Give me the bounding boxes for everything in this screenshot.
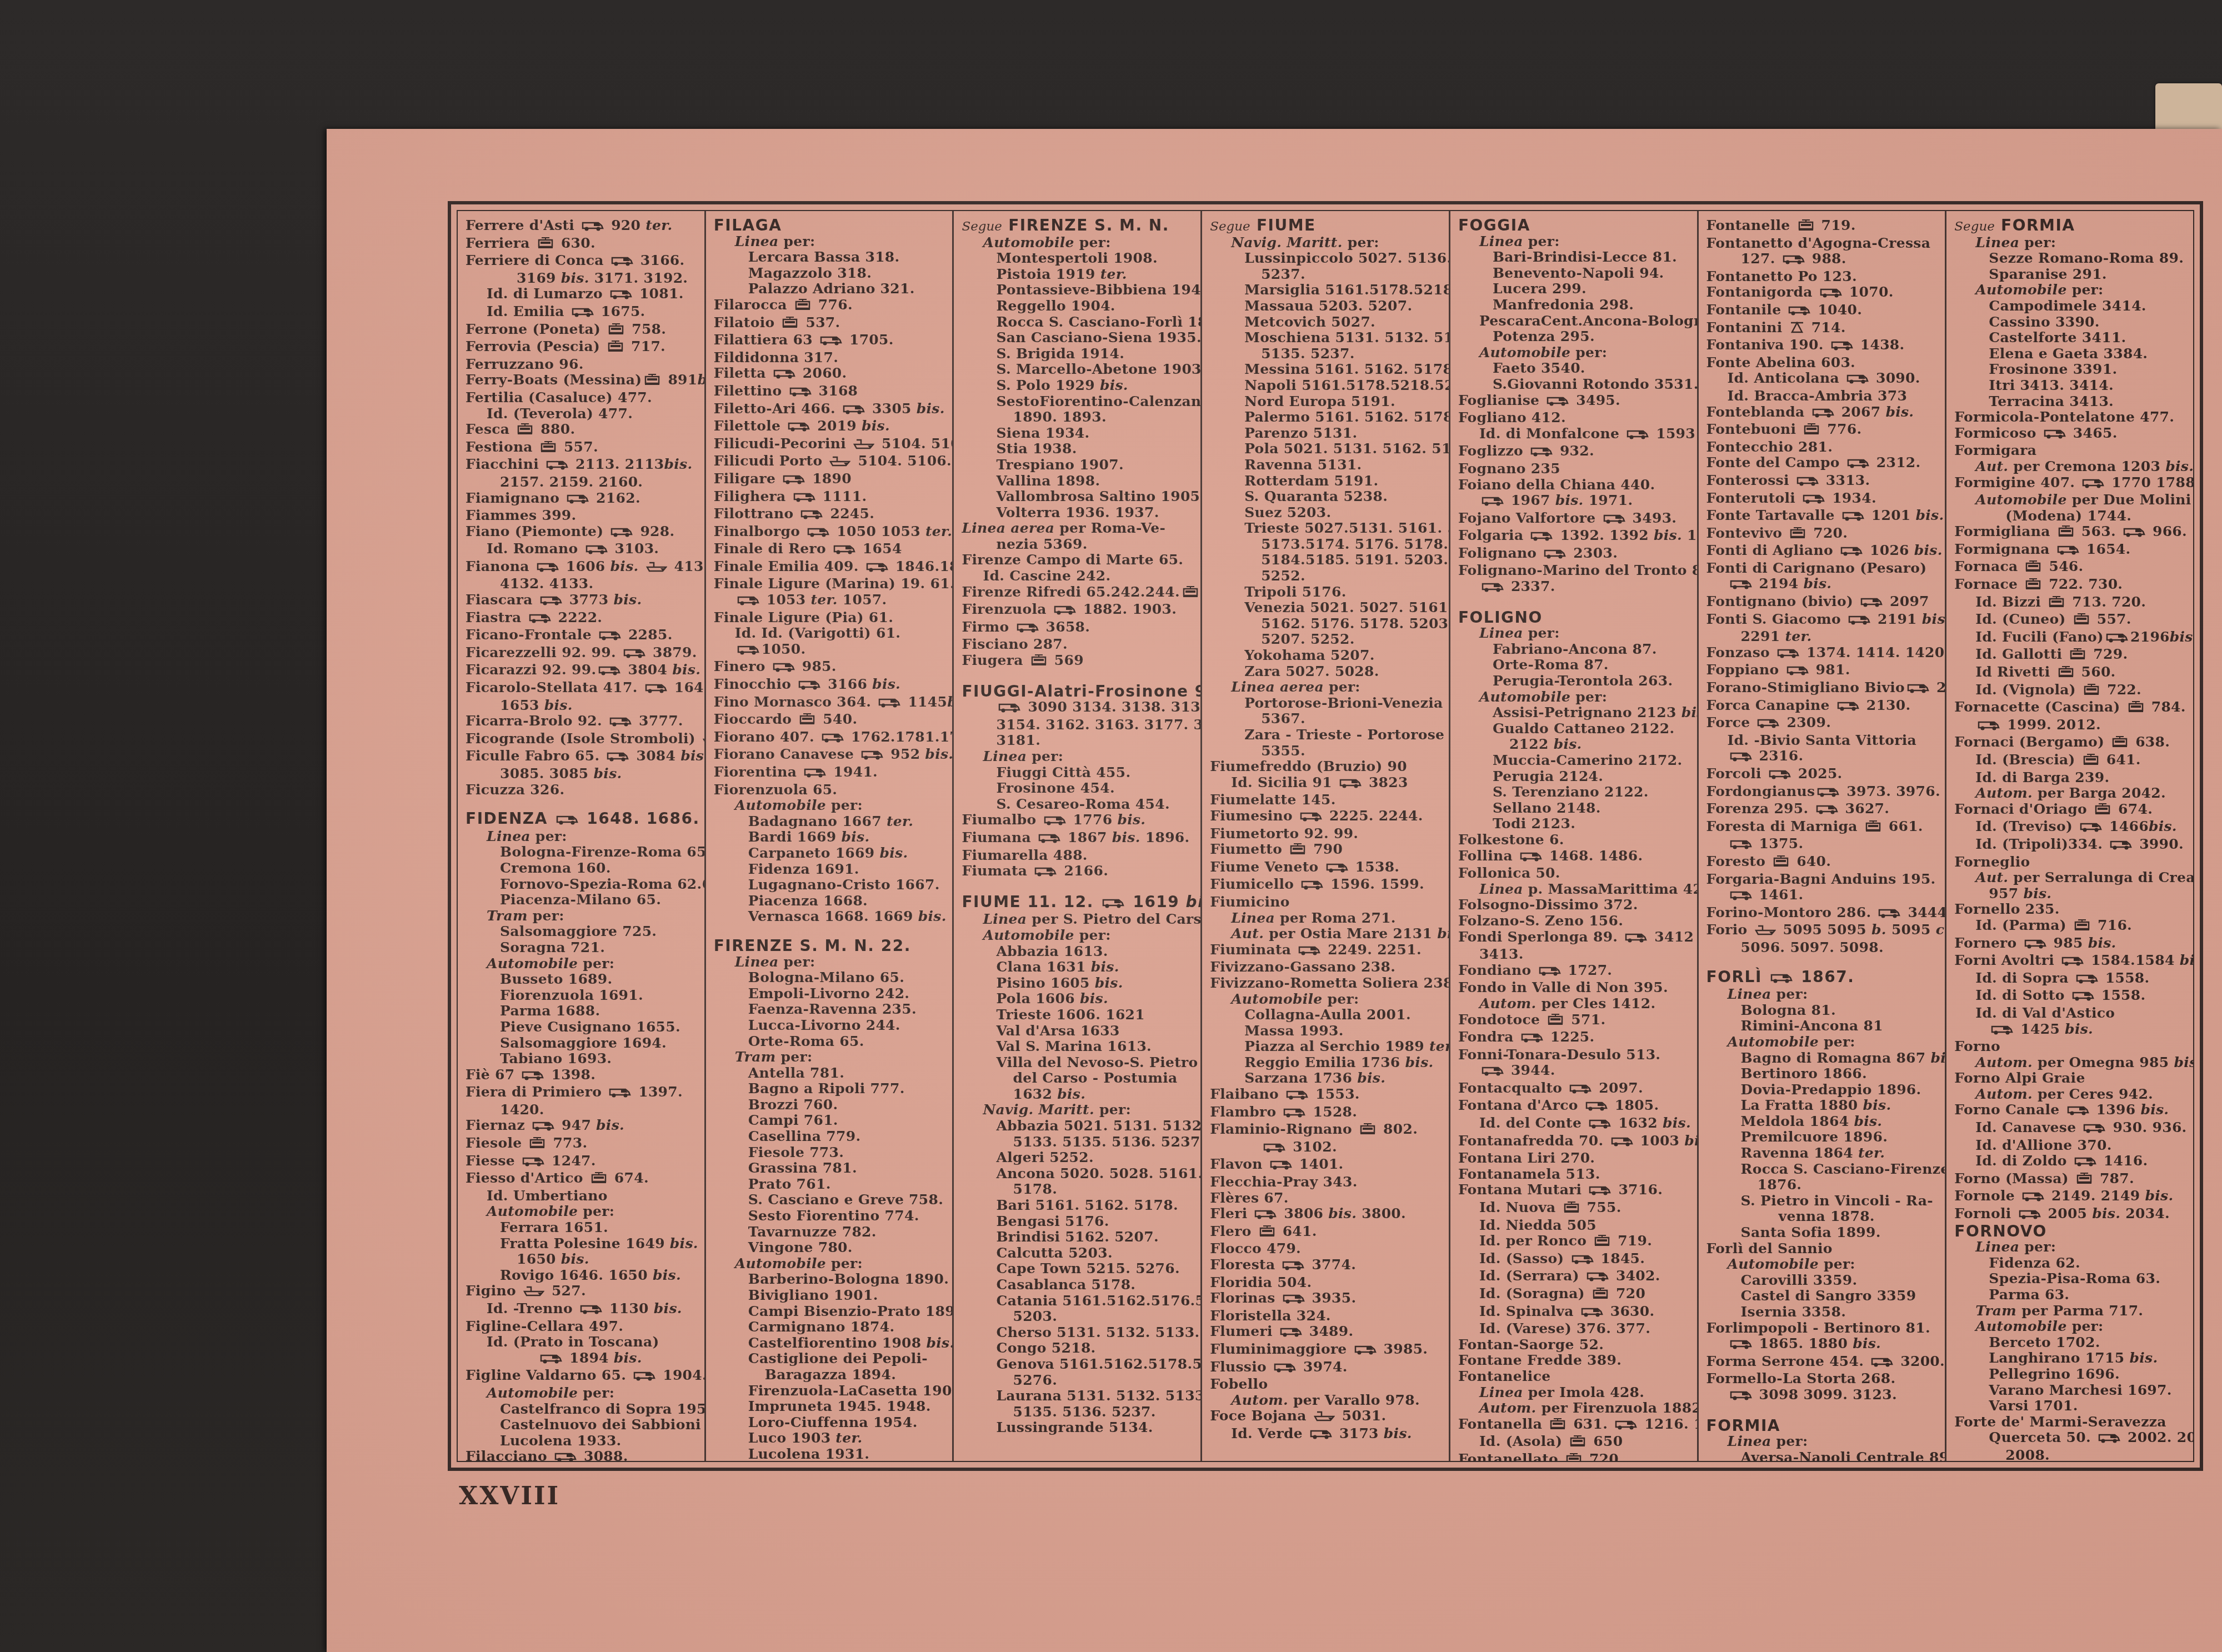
entry-text: Pellegrino 1696. (1989, 1366, 2120, 1382)
automobile-icon (1770, 971, 1793, 987)
index-entry: Autom. per Varallo 978. (1210, 1393, 1443, 1409)
entry-text: Castiglione dei Pepoli- (748, 1350, 928, 1366)
italic-qualifier: bis. (1091, 959, 1119, 975)
index-entry: Ravenna 5131. (1210, 457, 1443, 473)
index-entry: Tram per: (466, 908, 699, 924)
entry-text: 1896. (1140, 829, 1190, 845)
italic-qualifier: ter. (1785, 628, 1811, 644)
automobile-icon (537, 560, 559, 577)
entry-text: Fiascara (466, 592, 538, 608)
index-entry: Linea per: (1458, 234, 1691, 250)
entry-text: Id. (Treviso) (1975, 818, 2078, 834)
entry-text: Clana 1631 (996, 959, 1090, 975)
entry-text: Flecchia-Pray 343. (1210, 1174, 1358, 1190)
entry-text: 1654 (858, 540, 902, 557)
automobile-icon (522, 1069, 544, 1085)
entry-text: per: (531, 828, 567, 844)
index-entry: Autom. per Omegna 985 bis. (1954, 1055, 2188, 1071)
entry-text: 5031. (1337, 1408, 1387, 1424)
entry-text: Potenza 295. (1493, 328, 1595, 344)
italic-qualifier: bis. (2129, 1350, 2158, 1366)
index-entry: Piazza al Serchio 1989 ter. (1210, 1039, 1443, 1055)
entry-text: Fontanella (1458, 1416, 1547, 1432)
entry-text: Campi Bisenzio-Prato 1897. (748, 1303, 954, 1319)
automobile-icon (580, 1303, 602, 1319)
entry-text: 1845. (1596, 1250, 1645, 1266)
index-entry: Id. d'Allione 370. (1954, 1138, 2188, 1154)
entry-text: Frosinone 3391. (1989, 361, 2117, 377)
entry-text: 3098 3099. 3123. (1754, 1386, 1897, 1403)
automobile-icon (609, 1086, 631, 1102)
entry-text: Reggio Emilia 1736 (1244, 1054, 1405, 1070)
automobile-icon (1757, 717, 1779, 733)
italic-qualifier: bis. (1885, 404, 1914, 420)
entry-text: 947 (557, 1117, 596, 1133)
index-entry: Fivizzano-Gassano 238. (1210, 959, 1443, 975)
index-entry: 2194 bis. (1706, 576, 1940, 594)
entry-text: 2249. 2251. (1323, 942, 1422, 958)
entry-text: Id. di Val d'Astico (1975, 1005, 2115, 1021)
automobile-icon (2061, 954, 2084, 970)
index-entry: Ancona 5020. 5028. 5161. (962, 1166, 1195, 1182)
index-entry: Fontaniva 190. 1438. (1706, 337, 1940, 355)
entry-text: Fornero (1954, 935, 2021, 951)
index-entry: Forlimpopoli - Bertinoro 81. (1706, 1320, 1940, 1336)
index-entry: Linea p. MassaMarittima 42 (1458, 882, 1691, 898)
index-entry: Fiorenzuola 65. (714, 782, 947, 798)
index-entry: Fornole 2149. 2149 bis. (1954, 1188, 2188, 1206)
entry-text: 920 (606, 217, 645, 233)
entry-text: per: (826, 797, 863, 813)
italic-qualifier: Automobile (1975, 1318, 2066, 1334)
index-entry: Fonteblanda 2067 bis. (1706, 404, 1940, 422)
entry-text: Luco 1903 (748, 1430, 836, 1446)
index-entry: Sezze Romano-Roma 89. (1954, 251, 2188, 267)
entry-text: Forlì del Sannio (1706, 1240, 1833, 1256)
entry-text: Follonica 50. (1458, 865, 1560, 881)
entry-text: Id. (Serrara) (1479, 1268, 1584, 1284)
entry-text: Carovilli 3359. (1741, 1272, 1858, 1288)
automobile-icon (1991, 1023, 2013, 1039)
entry-text: 1397. (633, 1084, 683, 1100)
index-entry: Id. (Cuneo) 557. (1954, 612, 2188, 629)
entry-text: Id. di Zoldo (1975, 1153, 2071, 1169)
entry-text: Vallina 1898. (996, 473, 1100, 489)
entry-text: Formicoso (1954, 425, 2041, 441)
index-entry: Fonti S. Giacomo 2191 bis. (1706, 612, 1940, 629)
entry-text: Aversa-Napoli Centrale 89 (1741, 1449, 1947, 1461)
index-entry: Navig. Maritt. per: (962, 1102, 1195, 1118)
entry-text: 713. 720. (2067, 594, 2146, 610)
entry-text: per: (1074, 927, 1111, 943)
entry-text: Id. Umbertiano (487, 1188, 608, 1204)
tram-icon (1030, 654, 1047, 670)
section-heading: FOGGIA (1458, 218, 1691, 234)
entry-text: 5095 (1886, 922, 1936, 938)
index-entry: Filetta 2060. (714, 366, 947, 383)
entry-text: 3402. (1611, 1268, 1660, 1284)
entry-text: 5173.5174. 5176. 5178. 5183. (1261, 536, 1450, 552)
entry-text: S. Marcello-Abetone 1903. (996, 361, 1202, 377)
entry-text: Fontanamela 513. (1458, 1166, 1600, 1182)
index-entry: 1894 bis. (466, 1350, 699, 1368)
entry-text: 2312. (1871, 454, 1921, 470)
index-entry: Fiumefreddo (Bruzio) 90 (1210, 759, 1443, 775)
entry-text: Fontanigorda (1706, 284, 1818, 300)
entry-text: 3804 (623, 662, 672, 678)
italic-qualifier: bis. (2165, 458, 2193, 474)
entry-text: Filetta (714, 365, 771, 381)
entry-text: Fiesole 773. (748, 1144, 844, 1160)
index-entry: Fiano (Piemonte) 928. (466, 524, 699, 542)
entry-text: 3313. (1821, 472, 1870, 488)
entry-text: Foglianise (1458, 392, 1544, 408)
entry-text: Fobello (1210, 1376, 1268, 1392)
index-entry: Foresta di Marniga 661. (1706, 819, 1940, 837)
entry-text: 2162. (591, 490, 640, 506)
index-entry: Antella 781. (714, 1065, 947, 1082)
index-entry: Campi 761. (714, 1113, 947, 1129)
index-entry: Finale Ligure (Marina) 19. 61. (714, 576, 947, 592)
index-entry: Fontecchio 281. (1706, 439, 1940, 455)
entry-text: Cremona 160. (500, 860, 611, 876)
italic-qualifier: Linea (1728, 1433, 1771, 1449)
entry-text: Sesto Fiorentino 774. (748, 1208, 919, 1224)
italic-qualifier: bis. (947, 694, 954, 710)
entry-text: Fabriano-Ancona 87. (1493, 641, 1657, 657)
entry-text: Filighera (714, 488, 791, 504)
automobile-icon (540, 1352, 562, 1368)
italic-qualifier: bis. (2088, 935, 2116, 951)
index-entry: Fiera di Primiero 1397. (466, 1084, 699, 1102)
index-entry: Casablanca 5178. (962, 1277, 1195, 1293)
index-entry: Parma 1688. (466, 1003, 699, 1019)
entry-text: Folignano-Marino del Tronto 85. (1458, 562, 1699, 578)
index-entry: Casellina 779. (714, 1129, 947, 1145)
index-entry: 5133. 5135. 5136. 5237. (962, 1134, 1195, 1150)
italic-qualifier: bis. (1931, 1050, 1947, 1066)
automobile-icon (1603, 512, 1625, 528)
index-entry: Carmignano 1874. (714, 1319, 947, 1335)
entry-text: Fesca (466, 421, 514, 437)
entry-text: 1867 (1063, 829, 1112, 845)
index-entry: S.Giovanni Rotondo 3531. 3532 (1458, 377, 1691, 393)
italic-qualifier: bis. (841, 829, 869, 845)
entry-text: Flaibano (1210, 1086, 1284, 1102)
automobile-icon (878, 696, 900, 712)
automobile-icon (1102, 896, 1124, 912)
index-entry: Fiorano Canavese 952 bis. (714, 747, 947, 764)
index-entry: Fiastra 2222. (466, 610, 699, 628)
index-entry: Fiumicello 1596. 1599. (1210, 877, 1443, 894)
tram-icon (1789, 527, 1806, 543)
entry-text: 1393. (1682, 527, 1699, 543)
entry-text: 4131. (669, 558, 706, 574)
entry-text: Forenza 295. (1706, 800, 1814, 817)
index-entry: Id. di Zoldo 1416. (1954, 1153, 2188, 1171)
timetable-index-page: Ferrere d'Asti 920 ter.Ferriera 630.Ferr… (327, 129, 2222, 1652)
index-entry: Fiorentina 1941. (714, 764, 947, 782)
entry-text: 5178. (1013, 1181, 1057, 1197)
index-entry: Collagna-Aulla 2001. (1210, 1007, 1443, 1023)
entry-text: Volterra 1936. 1937. (996, 504, 1159, 520)
italic-qualifier: bis. (2092, 1205, 2120, 1222)
entry-text: 1003 (1635, 1133, 1685, 1149)
entry-text: per: (1771, 986, 1808, 1002)
automobile-icon (1298, 944, 1320, 960)
automobile-icon (1730, 750, 1752, 766)
entry-text: 1438. (1855, 337, 1905, 353)
index-entry: Fontana Liri 270. (1458, 1150, 1691, 1167)
entry-text: Forni Avoltri (1954, 952, 2059, 968)
entry-text: Fonni-Tonara-Desulo 513. (1458, 1047, 1660, 1063)
entry-text: 1876. (1758, 1177, 1802, 1193)
index-entry: Id. Verde 3173 bis. (1210, 1426, 1443, 1444)
entry-text: Floridia 504. (1210, 1274, 1312, 1290)
index-entry: Flocco 479. (1210, 1241, 1443, 1257)
entry-text: Fivizzano-Gassano 238. (1210, 959, 1395, 975)
index-entry: Laurana 5131. 5132. 5133. (962, 1388, 1195, 1404)
index-entry: 2122 bis. (1458, 737, 1691, 753)
entry-text: Foiano della Chiana 440. (1458, 477, 1655, 493)
entry-text: 631. (1568, 1416, 1613, 1432)
italic-qualifier: bis. (1854, 1113, 1882, 1129)
entry-text: Ficarra-Brolo 92. (466, 713, 607, 729)
index-entry: Clana 1631 bis. (962, 959, 1195, 975)
entry-text: 3806 (1279, 1205, 1328, 1222)
index-entry: Langhirano 1715 bis. (1954, 1350, 2188, 1366)
tram-icon (2094, 803, 2111, 819)
index-entry: Id. per Ronco 719. (1458, 1233, 1691, 1251)
index-entry: Linea per: (1954, 235, 2188, 251)
index-entry: 1375. (1706, 836, 1940, 854)
entry-text: Foresto (1706, 853, 1771, 869)
index-entry: Foglianise 3495. (1458, 393, 1691, 411)
entry-text: Flaminio-Rignano (1210, 1121, 1357, 1137)
entry-text: 928. (635, 523, 674, 539)
entry-text: Trieste 5027.5131. 5161. 5162 (1244, 520, 1450, 536)
entry-text: Fiano (Piemonte) (466, 523, 608, 539)
continued-label: Segue (962, 219, 1002, 234)
entry-text: Fiorano 407. (714, 729, 819, 745)
index-entry: Flères 67. (1210, 1190, 1443, 1207)
automobile-icon (2106, 631, 2128, 647)
entry-text: 3879. (700, 662, 706, 678)
entry-text: 5095 5095 (1778, 922, 1872, 938)
index-entry: Fobello (1210, 1376, 1443, 1393)
entry-text: 2119. (1931, 679, 1946, 695)
entry-text: 537. (800, 314, 840, 331)
italic-qualifier: bis. (1922, 611, 1946, 627)
index-entry: Fonterossi 3313. (1706, 473, 1940, 490)
entry-text: Carmignano 1874. (748, 1319, 895, 1335)
entry-text: 661. (1884, 818, 1923, 834)
tram-icon (2083, 684, 2100, 700)
entry-text: FIRENZE S. M. N. 22. (714, 937, 911, 955)
index-entry: Calcutta 5203. (962, 1245, 1195, 1261)
index-entry: Aut. per Serralunga di Crea (1954, 870, 2188, 886)
index-entry: Sarzana 1736 bis. (1210, 1070, 1443, 1087)
index-entry: nezia 5369. (962, 537, 1195, 553)
index-entry: Id. Anticolana 3090. (1706, 371, 1940, 388)
entry-text: Fratta Polesine 1649 (500, 1235, 670, 1251)
entry-text: 2113. 2113 (570, 456, 664, 472)
entry-text: 3465. (2068, 425, 2118, 441)
entry-text: 3166. (635, 252, 685, 268)
italic-qualifier: Automobile (1479, 689, 1570, 705)
index-entry: Tabiano 1693. (466, 1051, 699, 1067)
index-entry: Automobile per: (1210, 992, 1443, 1008)
entry-text: 2303. (1568, 545, 1618, 561)
index-entry: Todi 2123. (1458, 816, 1691, 832)
entry-text: Sparanise 291. (1989, 266, 2107, 282)
index-entry: Filighera 1111. (714, 489, 947, 507)
index-entry: Filettole 2019 bis. (714, 418, 947, 436)
index-entry: Fornello 235. (1954, 902, 2188, 918)
index-entry: Zara 5027. 5028. (1210, 664, 1443, 680)
entry-text: Force (1706, 714, 1755, 730)
entry-text: Fontanetto d'Agogna-Cressa (1706, 235, 1931, 251)
entry-text: Fontebuoni (1706, 421, 1801, 437)
index-entry: Catania 5161.5162.5176.5178. (962, 1293, 1195, 1309)
index-entry: Follonica 50. (1458, 865, 1691, 882)
index-entry: Id. (Teverola) 477. (466, 406, 699, 422)
entry-text: 1050. (762, 641, 806, 657)
entry-text: Fiuggi Città 455. (996, 764, 1130, 780)
italic-qualifier: bis. (1405, 1054, 1434, 1070)
index-entry: Fiumetorto 92. 99. (1210, 826, 1443, 842)
automobile-icon (789, 385, 812, 401)
automobile-icon (1581, 1305, 1603, 1321)
entry-text: 5203. (1013, 1308, 1057, 1324)
index-entry: Fratta Polesine 1649 bis. (466, 1236, 699, 1252)
tram-icon (2111, 736, 2128, 752)
automobile-icon (1572, 1253, 1594, 1269)
entry-text: Pistoia 1919 (996, 266, 1100, 282)
index-entry: S. Terenziano 2122. (1458, 784, 1691, 800)
index-entry: Fiumicino (1210, 894, 1443, 910)
section-heading: FORLÌ 1867. (1706, 969, 1940, 987)
index-entry: Ficarazzi 92. 99. 3804 bis. 3879. (466, 662, 699, 680)
entry-text: Fiumefreddo (Bruzio) 90 (1210, 758, 1407, 774)
index-entry: Orte-Roma 65. (714, 1034, 947, 1050)
entry-text: 560. (2076, 664, 2116, 680)
index-entry: 5367. (1210, 711, 1443, 727)
index-entry: Montespertoli 1908. (962, 251, 1195, 267)
index-entry: Automobile per Due Molini (1954, 492, 2188, 508)
entry-text: 2194 (1754, 575, 1804, 592)
automobile-icon (1539, 964, 1561, 980)
entry-text: 719. (1613, 1233, 1652, 1249)
entry-text: Id. -Bivio Santa Vittoria (1728, 732, 1916, 748)
entry-text: Pontassieve-Bibbiena 1942. (996, 282, 1202, 298)
entry-text: 1040. (1813, 302, 1862, 318)
index-entry: Formignana 1654. (1954, 542, 2188, 559)
index-entry: Fidenza 1691. (714, 862, 947, 878)
automobile-icon (1730, 838, 1752, 854)
index-entry: Pieve Cusignano 1655. (466, 1019, 699, 1035)
index-entry: Villa del Nevoso-S. Pietro (962, 1055, 1195, 1071)
entry-text: 5135. 5136. 5237. (1013, 1404, 1155, 1420)
section-heading: Segue FORMIA (1954, 218, 2188, 235)
automobile-icon (737, 643, 759, 659)
automobile-icon (2080, 820, 2102, 837)
entry-text: 3658. (1041, 619, 1090, 635)
entry-text: Siena 1934. (996, 425, 1089, 441)
automobile-icon (998, 701, 1020, 717)
index-entry: Bengasi 5176. (962, 1214, 1195, 1230)
entry-text: 957 (1989, 885, 2023, 902)
entry-text: Castelnuovo dei Sabbioni 1959. (500, 1416, 706, 1433)
entry-text: 5162. 5176. 5178. 5203. (1261, 615, 1450, 632)
entry-text: Fontanetto Po 123. (1706, 268, 1857, 284)
index-entry: Forno (Massa) 787. (1954, 1171, 2188, 1189)
index-entry: PescaraCent.Ancona-Bologna 81 (1458, 313, 1691, 329)
index-entry: 2316. (1706, 748, 1940, 766)
index-entry: Id. di Barga 239. (1954, 770, 2188, 786)
index-entry: Filacciano 3088. (466, 1449, 699, 1461)
automobile-icon (1803, 492, 1825, 508)
index-entry: Ficuzza 326. (466, 782, 699, 798)
automobile-icon (1840, 544, 1863, 560)
index-entry: Id. di Sotto 1558. (1954, 988, 2188, 1005)
entry-text: Fornello 235. (1954, 901, 2059, 917)
index-entry: Floresta 3774. (1210, 1257, 1443, 1275)
entry-text: 1584.1584 (2086, 952, 2180, 968)
entry-text: 1846.1847 (890, 558, 954, 574)
entry-text: Sarzana 1736 (1244, 1070, 1357, 1086)
tram-icon (608, 323, 624, 339)
entry-text: 127. (1741, 251, 1780, 267)
index-entry: Fordongianus 3973. 3976. (1706, 784, 1940, 802)
index-entry: Pistoia 1919 ter. (962, 267, 1195, 283)
entry-text: Finalborgo (714, 523, 805, 539)
italic-qualifier: Automobile (983, 927, 1074, 943)
index-entry: Castelnuovo dei Sabbioni 1959. (466, 1417, 699, 1433)
italic-qualifier: ter. (811, 592, 838, 608)
automobile-icon (1326, 861, 1348, 877)
italic-qualifier: Aut. (1975, 869, 2008, 885)
index-entry: Forano-Stimigliano Bivio 2119. (1706, 680, 1940, 698)
index-entry: Linea per: (1706, 1434, 1940, 1450)
index-entry: Folignano 2303. (1458, 545, 1691, 563)
entry-text: Foresta di Marniga (1706, 818, 1863, 834)
index-entry: 5178. (962, 1182, 1195, 1198)
entry-text: 2309. (1781, 714, 1831, 730)
tram-icon (590, 1172, 607, 1188)
automobile-icon (611, 254, 633, 271)
entry-text: Ficano-Frontale (466, 627, 597, 643)
entry-text: 1770 1788. (2106, 474, 2193, 490)
italic-qualifier: Linea (1479, 881, 1523, 897)
index-entry: Suez 5203. (1210, 505, 1443, 521)
automobile-icon (1274, 1361, 1296, 1377)
tram-icon (1569, 1435, 1586, 1451)
entry-text: Campodimele 3414. (1989, 298, 2146, 314)
index-entry: Bivigliano 1901. (714, 1288, 947, 1304)
italic-qualifier: bis. (1057, 1086, 1085, 1102)
entry-text: Fontignano (bivio) (1706, 593, 1858, 609)
tram-icon (2048, 596, 2065, 612)
entry-text: 3444 (1903, 904, 1946, 920)
index-entry: Frosinone 3391. (1954, 362, 2188, 378)
entry-text: Rovigo 1646. 1650 (500, 1267, 653, 1283)
entry-text: 1145 (903, 694, 947, 710)
index-entry: 5276. (962, 1373, 1195, 1389)
italic-qualifier: bis. (698, 372, 706, 388)
automobile-icon (522, 1155, 544, 1171)
entry-text: 1648. 1686. 1687. (580, 809, 706, 828)
